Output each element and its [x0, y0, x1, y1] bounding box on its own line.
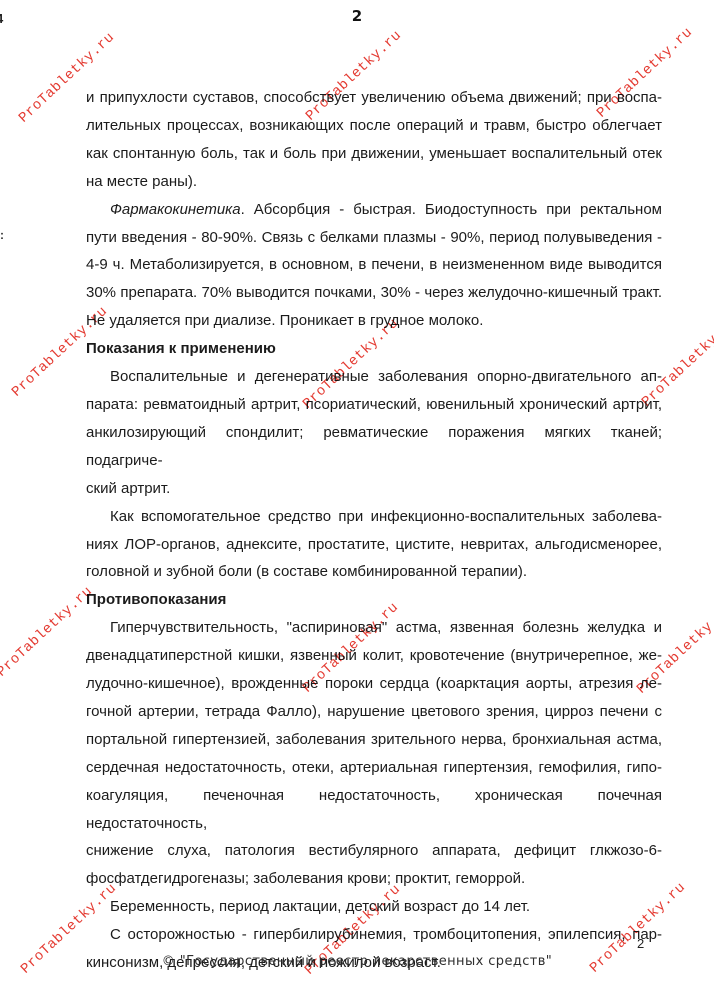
text-line: лительных процессах, возникающих после о…	[86, 112, 662, 140]
text-line: Как вспомогательное средство при инфекци…	[86, 503, 662, 531]
text-line: лудочно-кишечное), врожденные пороки сер…	[86, 670, 662, 698]
scan-edge-artifact: :	[0, 228, 4, 242]
text-line: портальной гипертензией, заболевания зри…	[86, 726, 662, 754]
text-line: 30% препарата. 70% выводится почками, 30…	[86, 279, 662, 307]
text-line: Воспалительные и дегенеративные заболева…	[86, 363, 662, 391]
footer-copyright: © "Государственный реестр лекарственных …	[0, 954, 714, 969]
text-line: сердечная недостаточность, отеки, артери…	[86, 754, 662, 782]
text-line: снижение слуха, патология вестибулярного…	[86, 837, 662, 865]
text-line: двенадцатиперстной кишки, язвенный колит…	[86, 642, 662, 670]
text-line: как спонтанную боль, так и боль при движ…	[86, 140, 662, 168]
text-line: 4-9 ч. Метаболизируется, в основном, в п…	[86, 251, 662, 279]
page-number-bottom: 2	[637, 936, 644, 951]
document-page: 4 : 2 и припухлости суставов, способству…	[0, 0, 714, 1000]
text-line: пути введения - 80-90%. Связь с белками …	[86, 224, 662, 252]
watermark-text: ProTabletky.ru	[0, 584, 96, 681]
text-line: Фармакокинетика. Абсорбция - быстрая. Би…	[86, 196, 662, 224]
text-line: коагуляция, печеночная недостаточность, …	[86, 782, 662, 838]
text-line: и припухлости суставов, способствует уве…	[86, 84, 662, 112]
section-heading: Показания к применению	[86, 335, 662, 363]
text-line: Гиперчувствительность, "аспириновая" аст…	[86, 614, 662, 642]
text-line: С осторожностью - гипербилирубинемия, тр…	[86, 921, 662, 949]
text-line: Беременность, период лактации, детский в…	[86, 893, 662, 921]
section-heading: Противопоказания	[86, 586, 662, 614]
text-line: фосфатдегидрогеназы; заболевания крови; …	[86, 865, 662, 893]
page-number-top: 2	[0, 7, 714, 25]
text-line: Не удаляется при диализе. Проникает в гр…	[86, 307, 662, 335]
text-line: парата: ревматоидный артрит, псориатичес…	[86, 391, 662, 419]
text-line: ниях ЛОР-органов, аднексите, простатите,…	[86, 531, 662, 559]
text-line: анкилозирующий спондилит; ревматические …	[86, 419, 662, 475]
text-line: на месте раны).	[86, 168, 662, 196]
document-body: и припухлости суставов, способствует уве…	[86, 84, 662, 977]
text-line: гочной артерии, тетрада Фалло), нарушени…	[86, 698, 662, 726]
text-line: головной и зубной боли (в составе комбин…	[86, 558, 662, 586]
text-line: ский артрит.	[86, 475, 662, 503]
